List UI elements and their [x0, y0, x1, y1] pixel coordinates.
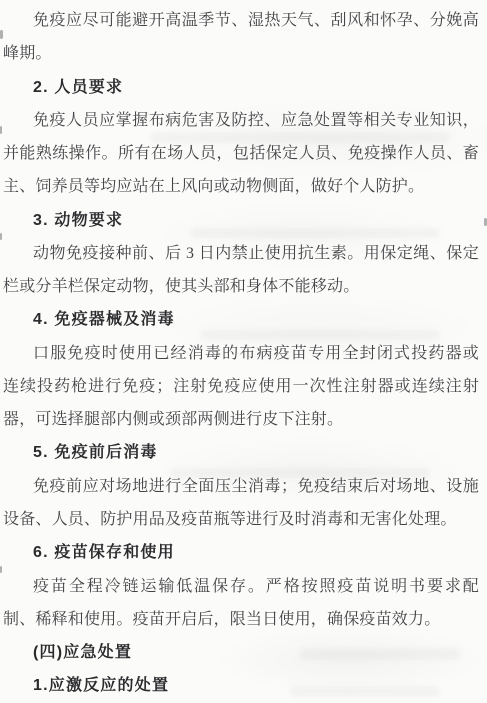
paragraph-line: 口服免疫时使用已经消毒的布病疫苗专用全封闭式投药器或 — [3, 337, 479, 370]
paragraph-line: 器，可选择腿部内侧或颈部两侧进行皮下注射。 — [3, 403, 479, 436]
paragraph-line: 疫苗全程冷链运输低温保存。严格按照疫苗说明书要求配 — [3, 570, 479, 603]
scan-speck-artifact — [0, 233, 2, 240]
section-heading: 4. 免疫器械及消毒 — [3, 303, 479, 336]
paragraph-line: 并能熟练操作。所有在场人员，包括保定人员、免疫操作人员、畜 — [3, 137, 479, 170]
paragraph-line: 制、稀释和使用。疫苗开启后，限当日使用，确保疫苗效力。 — [3, 603, 479, 636]
paragraph-line: 免疫应尽可能避开高温季节、湿热天气、刮风和怀孕、分娩高 — [3, 4, 479, 37]
section-heading: 1.应激反应的处置 — [3, 669, 479, 702]
paragraph-line: 设备、人员、防护用品及疫苗瓶等进行及时消毒和无害化处理。 — [3, 503, 479, 536]
scan-speck-artifact — [0, 566, 2, 573]
paragraph-line: 栏或分羊栏保定动物，使其头部和身体不能移动。 — [3, 270, 479, 303]
section-heading: 2. 人员要求 — [3, 71, 479, 104]
section-heading: 5. 免疫前后消毒 — [3, 436, 479, 469]
document-page: { "page": { "background_color": "#fbfbf9… — [0, 0, 487, 703]
scanned-page: 免疫应尽可能避开高温季节、湿热天气、刮风和怀孕、分娩高峰期。2. 人员要求免疫人… — [0, 0, 487, 703]
section-heading: 3. 动物要求 — [3, 204, 479, 237]
paragraph-line: 峰期。 — [3, 37, 479, 70]
paragraph-line: 动物免疫接种前、后 3 日内禁止使用抗生素。用保定绳、保定 — [3, 237, 479, 270]
section-heading: (四)应急处置 — [3, 636, 479, 669]
paragraph-line: 连续投药枪进行免疫；注射免疫应使用一次性注射器或连续注射 — [3, 370, 479, 403]
paragraph-line: 免疫前应对场地进行全面压尘消毒；免疫结束后对场地、设施 — [3, 470, 479, 503]
paragraph-line: 主、饲养员等均应站在上风向或动物侧面，做好个人防护。 — [3, 170, 479, 203]
section-heading: 6. 疫苗保存和使用 — [3, 536, 479, 569]
document-body: 免疫应尽可能避开高温季节、湿热天气、刮风和怀孕、分娩高峰期。2. 人员要求免疫人… — [3, 4, 479, 703]
paragraph-line: 免疫人员应掌握布病危害及防控、应急处置等相关专业知识， — [3, 104, 479, 137]
scan-speck-artifact — [0, 126, 2, 134]
